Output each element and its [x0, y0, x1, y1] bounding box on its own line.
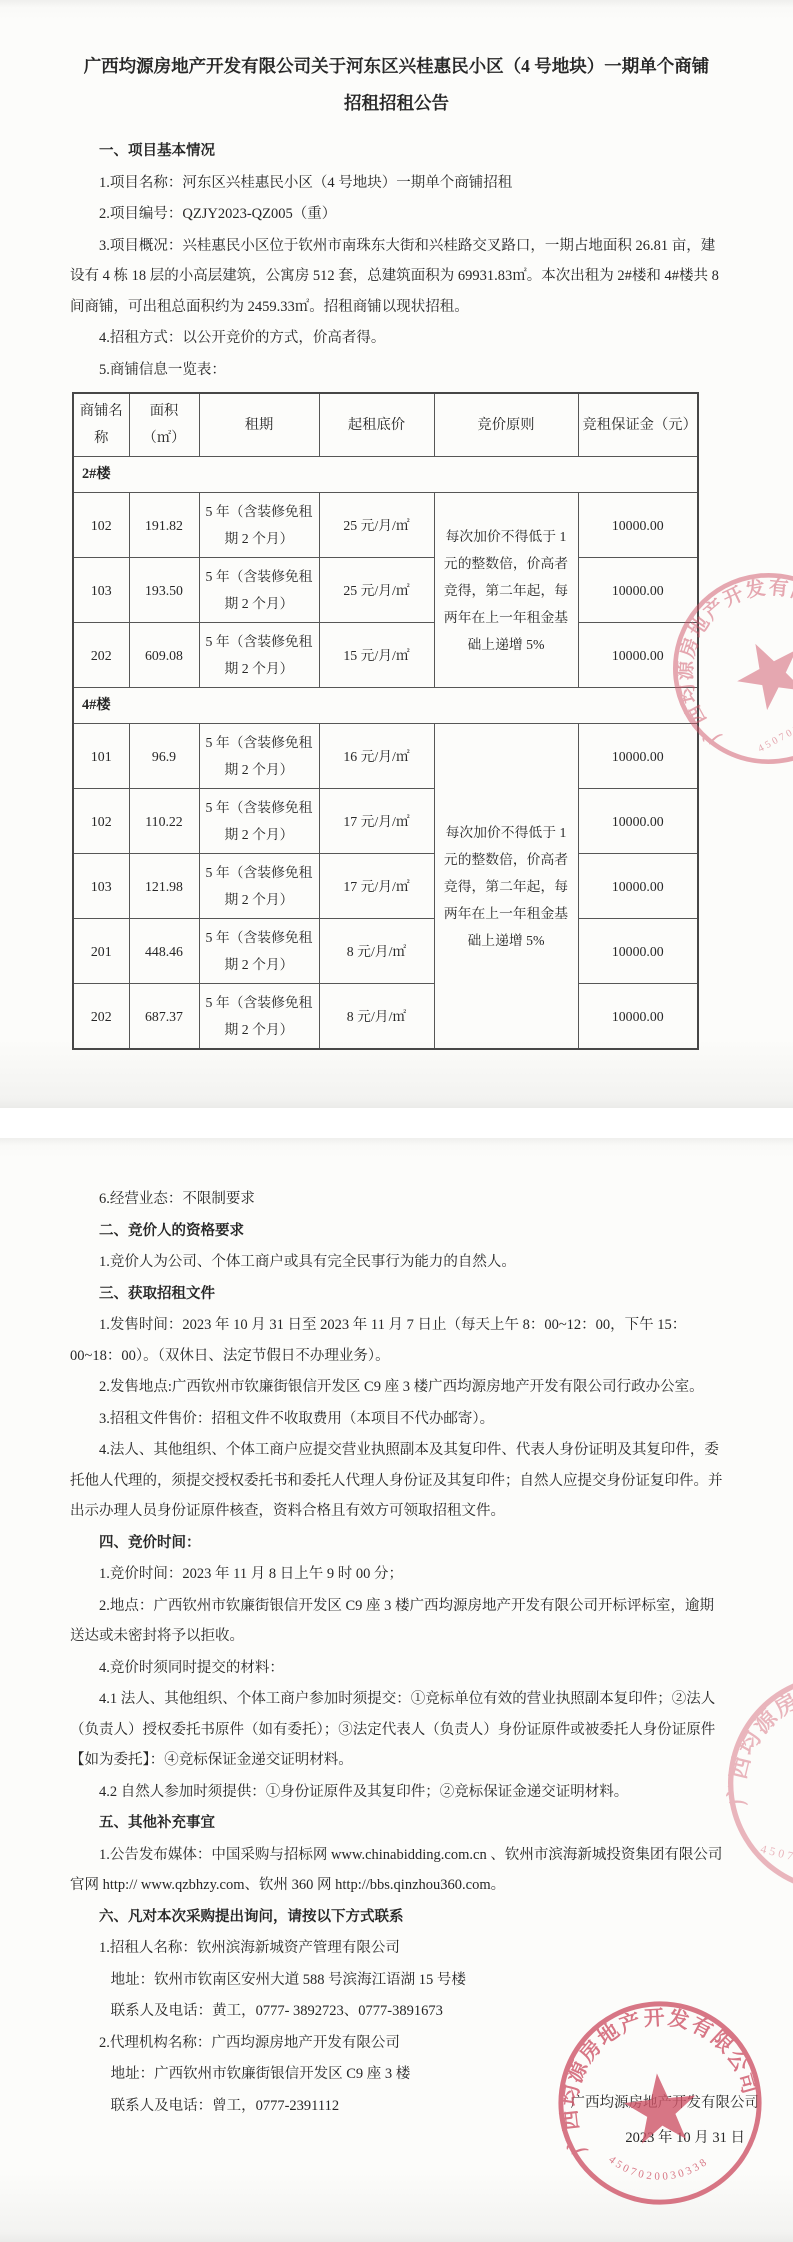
area-cell: 110.22	[129, 789, 199, 854]
paragraph-shop-list-intro: 5.商铺信息一览表：	[70, 355, 723, 386]
principle-cell: 每次加价不得低于 1 元的整数倍，价高者竞得，第二年起，每两年在上一年租金基础上…	[434, 724, 578, 1050]
paragraph-lessor-contact: 联系人及电话：黄工，0777- 3892723、0777-3891673	[70, 1996, 723, 2027]
shop-info-table: 商铺名称 面积（㎡） 租期 起租底价 竞价原则 竞租保证金（元） 2#楼 102…	[72, 392, 699, 1050]
price-cell: 8 元/月/㎡	[319, 919, 434, 984]
table-row: 202 609.08 5 年（含装修免租期 2 个月） 15 元/月/㎡ 100…	[73, 623, 698, 688]
term-cell: 5 年（含装修免租期 2 个月）	[199, 789, 319, 854]
paragraph-materials-intro: 4.竞价时须同时提交的材料：	[70, 1653, 723, 1684]
table-row: 103 121.98 5 年（含装修免租期 2 个月） 17 元/月/㎡ 100…	[73, 854, 698, 919]
table-row: 102 191.82 5 年（含装修免租期 2 个月） 25 元/月/㎡ 每次加…	[73, 493, 698, 558]
shop-name-cell: 101	[73, 724, 129, 789]
signature-company: 广西均源房地产开发有限公司	[571, 2086, 760, 2121]
table-row: 101 96.9 5 年（含装修免租期 2 个月） 16 元/月/㎡ 每次加价不…	[73, 724, 698, 789]
document-page-1: 广西均源房地产开发有限公司关于河东区兴桂惠民小区（4 号地块）一期单个商铺 招租…	[0, 0, 793, 1108]
table-row: 201 448.46 5 年（含装修免租期 2 个月） 8 元/月/㎡ 1000…	[73, 919, 698, 984]
column-header-shop-name: 商铺名称	[73, 393, 129, 457]
paragraph-lessor-address: 地址：钦州市钦南区安州大道 588 号滨海江语湖 15 号楼	[70, 1965, 723, 1996]
paragraph-lessor-name: 1.招租人名称：钦州滨海新城资产管理有限公司	[70, 1933, 723, 1964]
paragraph-sale-location: 2.发售地点:广西钦州市钦廉街银信开发区 C9 座 3 楼广西均源房地产开发有限…	[70, 1372, 723, 1403]
paragraph-bidder-qualification: 1.竞价人为公司、个体工商户或具有完全民事行为能力的自然人。	[70, 1247, 723, 1278]
price-cell: 17 元/月/㎡	[319, 854, 434, 919]
price-cell: 17 元/月/㎡	[319, 789, 434, 854]
title-line-1: 广西均源房地产开发有限公司关于河东区兴桂惠民小区（4 号地块）一期单个商铺	[70, 48, 723, 85]
paragraph-sale-time: 1.发售时间：2023 年 10 月 31 日至 2023 年 11 月 7 日…	[70, 1310, 723, 1371]
paragraph-materials-natural-person: 4.2 自然人参加时须提供：①身份证原件及其复印件；②竞标保证金递交证明材料。	[70, 1777, 723, 1808]
section-heading-1: 一、项目基本情况	[70, 136, 723, 167]
shop-name-cell: 103	[73, 558, 129, 623]
term-cell: 5 年（含装修免租期 2 个月）	[199, 724, 319, 789]
table-row: 103 193.50 5 年（含装修免租期 2 个月） 25 元/月/㎡ 100…	[73, 558, 698, 623]
paragraph-rental-method: 4.招租方式：以公开竞价的方式，价高者得。	[70, 323, 723, 354]
deposit-cell: 10000.00	[578, 623, 698, 688]
column-header-base-price: 起租底价	[319, 393, 434, 457]
table-row: 102 110.22 5 年（含装修免租期 2 个月） 17 元/月/㎡ 100…	[73, 789, 698, 854]
price-cell: 15 元/月/㎡	[319, 623, 434, 688]
term-cell: 5 年（含装修免租期 2 个月）	[199, 493, 319, 558]
deposit-cell: 10000.00	[578, 724, 698, 789]
title-line-2: 招租招租公告	[70, 85, 723, 122]
section-heading-6: 六、凡对本次采购提出询问，请按以下方式联系	[70, 1902, 723, 1933]
paragraph-submission-requirements: 4.法人、其他组织、个体工商户应提交营业执照副本及其复印件、代表人身份证明及其复…	[70, 1435, 723, 1527]
paragraph-bidding-time: 1.竞价时间：2023 年 11 月 8 日上午 9 时 00 分；	[70, 1559, 723, 1590]
paragraph-project-name: 1.项目名称：河东区兴桂惠民小区（4 号地块）一期单个商铺招租	[70, 168, 723, 199]
section-heading-2: 二、竞价人的资格要求	[70, 1216, 723, 1247]
term-cell: 5 年（含装修免租期 2 个月）	[199, 558, 319, 623]
deposit-cell: 10000.00	[578, 854, 698, 919]
deposit-cell: 10000.00	[578, 558, 698, 623]
area-cell: 687.37	[129, 984, 199, 1050]
paragraph-agency-address: 地址：广西钦州市钦廉街银信开发区 C9 座 3 楼	[70, 2059, 723, 2090]
shop-name-cell: 102	[73, 493, 129, 558]
price-cell: 25 元/月/㎡	[319, 493, 434, 558]
shop-name-cell: 201	[73, 919, 129, 984]
section-heading-5: 五、其他补充事宜	[70, 1808, 723, 1839]
paragraph-bidding-location: 2.地点：广西钦州市钦廉街银信开发区 C9 座 3 楼广西均源房地产开发有限公司…	[70, 1591, 723, 1652]
area-cell: 96.9	[129, 724, 199, 789]
column-header-term: 租期	[199, 393, 319, 457]
area-cell: 191.82	[129, 493, 199, 558]
paragraph-announcement-media: 1.公告发布媒体：中国采购与招标网 www.chinabidding.com.c…	[70, 1840, 723, 1901]
deposit-cell: 10000.00	[578, 789, 698, 854]
shop-name-cell: 103	[73, 854, 129, 919]
paragraph-project-overview: 3.项目概况：兴桂惠民小区位于钦州市南珠东大街和兴桂路交叉路口，一期占地面积 2…	[70, 231, 723, 323]
shop-name-cell: 202	[73, 984, 129, 1050]
paragraph-project-number: 2.项目编号：QZJY2023-QZ005（重）	[70, 199, 723, 230]
column-header-deposit: 竞租保证金（元）	[578, 393, 698, 457]
paragraph-business-type: 6.经营业态：不限制要求	[70, 1184, 723, 1215]
paragraph-materials-legal-person: 4.1 法人、其他组织、个体工商户参加时须提交：①竞标单位有效的营业执照副本复印…	[70, 1684, 723, 1776]
shop-name-cell: 102	[73, 789, 129, 854]
table-header-row: 商铺名称 面积（㎡） 租期 起租底价 竞价原则 竞租保证金（元）	[73, 393, 698, 457]
building-label-row: 2#楼	[73, 457, 698, 493]
deposit-cell: 10000.00	[578, 984, 698, 1050]
term-cell: 5 年（含装修免租期 2 个月）	[199, 984, 319, 1050]
principle-cell: 每次加价不得低于 1 元的整数倍，价高者竞得，第二年起，每两年在上一年租金基础上…	[434, 493, 578, 688]
deposit-cell: 10000.00	[578, 493, 698, 558]
term-cell: 5 年（含装修免租期 2 个月）	[199, 854, 319, 919]
term-cell: 5 年（含装修免租期 2 个月）	[199, 623, 319, 688]
area-cell: 609.08	[129, 623, 199, 688]
deposit-cell: 10000.00	[578, 919, 698, 984]
price-cell: 25 元/月/㎡	[319, 558, 434, 623]
area-cell: 448.46	[129, 919, 199, 984]
section-heading-3: 三、获取招租文件	[70, 1279, 723, 1310]
paragraph-document-price: 3.招租文件售价：招租文件不收取费用（本项目不代办邮寄）。	[70, 1404, 723, 1435]
term-cell: 5 年（含装修免租期 2 个月）	[199, 919, 319, 984]
area-cell: 193.50	[129, 558, 199, 623]
price-cell: 8 元/月/㎡	[319, 984, 434, 1050]
document-page-2: 6.经营业态：不限制要求 二、竞价人的资格要求 1.竞价人为公司、个体工商户或具…	[0, 1138, 793, 2242]
building-label-row: 4#楼	[73, 688, 698, 724]
table-row: 202 687.37 5 年（含装修免租期 2 个月） 8 元/月/㎡ 1000…	[73, 984, 698, 1050]
building-label: 4#楼	[73, 688, 698, 724]
area-cell: 121.98	[129, 854, 199, 919]
price-cell: 16 元/月/㎡	[319, 724, 434, 789]
document-title: 广西均源房地产开发有限公司关于河东区兴桂惠民小区（4 号地块）一期单个商铺 招租…	[70, 0, 723, 122]
paragraph-agency-name: 2.代理机构名称：广西均源房地产开发有限公司	[70, 2028, 723, 2059]
building-label: 2#楼	[73, 457, 698, 493]
column-header-area: 面积（㎡）	[129, 393, 199, 457]
column-header-bidding-principle: 竞价原则	[434, 393, 578, 457]
section-heading-4: 四、竞价时间：	[70, 1528, 723, 1559]
signature-date: 2023 年 10 月 31 日	[571, 2121, 760, 2156]
shop-name-cell: 202	[73, 623, 129, 688]
signature-block: 广西均源房地产开发有限公司 2023 年 10 月 31 日	[571, 2086, 760, 2156]
